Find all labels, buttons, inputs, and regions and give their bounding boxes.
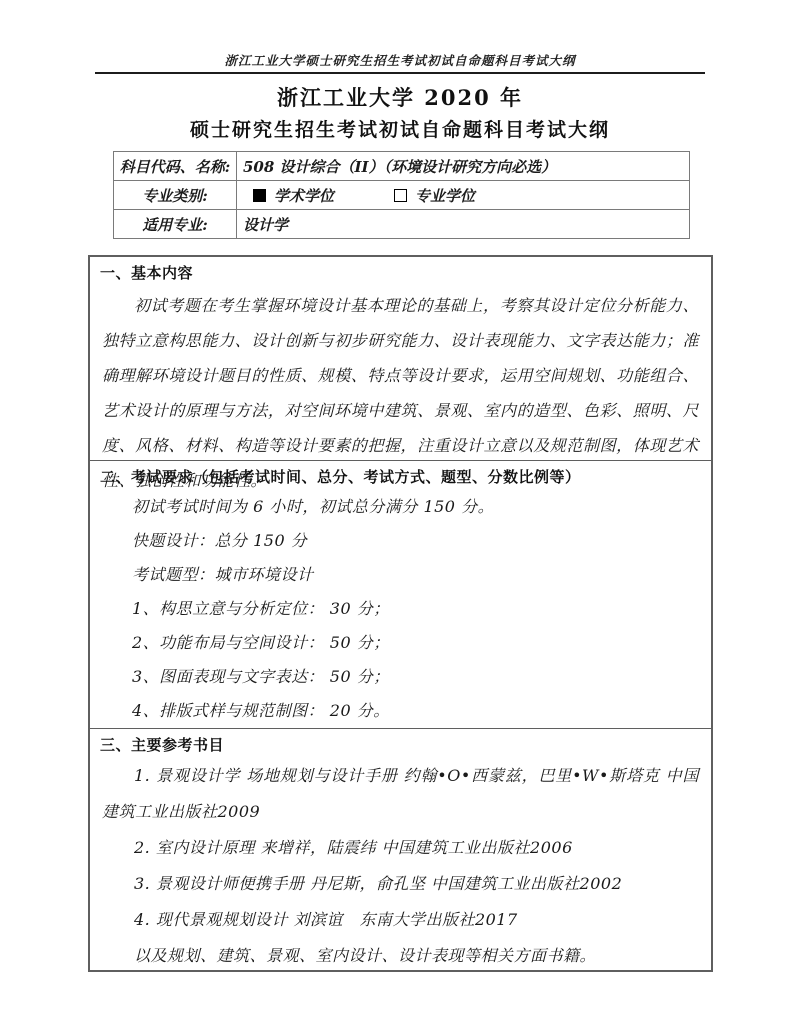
exam-requirement-line: 4、排版式样与规范制图： 20 分。 (100, 694, 701, 728)
section-heading-exam-requirements: 二、考试要求（包括考试时间、总分、考试方式、题型、分数比例等） (100, 466, 701, 490)
reference-item: 3. 景观设计师便携手册 丹尼斯，俞孔坚 中国建筑工业出版社2002 (102, 866, 699, 902)
exam-requirement-line: 2、功能布局与空间设计： 50 分； (100, 626, 701, 660)
subject-info-table: 科目代码、名称: 508 设计综合（II）（环境设计研究方向必选） 专业类别: … (113, 151, 690, 239)
academic-degree-label: 学术学位 (274, 185, 334, 206)
checkbox-checked-icon (253, 189, 266, 202)
checkbox-unchecked-icon (394, 189, 407, 202)
exam-requirement-line: 1、构思立意与分析定位： 30 分； (100, 592, 701, 626)
reference-note: 以及规划、建筑、景观、室内设计、设计表现等相关方面书籍。 (102, 938, 699, 974)
section-exam-requirements: 二、考试要求（包括考试时间、总分、考试方式、题型、分数比例等） 初试考试时间为 … (90, 460, 711, 728)
reference-item: 2. 室内设计原理 来增祥，陆震纬 中国建筑工业出版社2006 (102, 830, 699, 866)
reference-item: 4. 现代景观规划设计 刘滨谊 东南大学出版社2017 (102, 902, 699, 938)
exam-requirement-line: 考试题型：城市环境设计 (100, 558, 701, 592)
professional-degree-label: 专业学位 (415, 185, 475, 206)
running-header: 浙江工业大学硕士研究生招生考试初试自命题科目考试大纲 (0, 53, 800, 68)
applicable-major-label: 适用专业: (114, 210, 237, 239)
table-row-degree-category: 专业类别: 学术学位 专业学位 (114, 181, 690, 210)
degree-category-value: 学术学位 专业学位 (237, 181, 690, 210)
content-outline-box: 一、基本内容 初试考题在考生掌握环境设计基本理论的基础上，考察其设计定位分析能力… (88, 255, 713, 972)
section-basic-content: 一、基本内容 初试考题在考生掌握环境设计基本理论的基础上，考察其设计定位分析能力… (90, 257, 711, 460)
document-subtitle: 硕士研究生招生考试初试自命题科目考试大纲 (0, 118, 800, 142)
subject-code-value: 508 设计综合（II）（环境设计研究方向必选） (237, 152, 690, 181)
exam-requirement-line: 初试考试时间为 6 小时，初试总分满分 150 分。 (100, 490, 701, 524)
subject-code-label: 科目代码、名称: (114, 152, 237, 181)
header-rule (95, 72, 705, 74)
degree-options: 学术学位 专业学位 (243, 185, 683, 206)
table-row-subject-code: 科目代码、名称: 508 设计综合（II）（环境设计研究方向必选） (114, 152, 690, 181)
reference-item: 1. 景观设计学 场地规划与设计手册 约翰•O•西蒙兹，巴里•W•斯塔克 中国建… (102, 758, 699, 830)
exam-requirement-line: 3、图面表现与文字表达： 50 分； (100, 660, 701, 694)
section-reference-books: 三、主要参考书目 1. 景观设计学 场地规划与设计手册 约翰•O•西蒙兹，巴里•… (90, 728, 711, 970)
applicable-major-value: 设计学 (237, 210, 690, 239)
degree-category-label: 专业类别: (114, 181, 237, 210)
document-title: 浙江工业大学 2020 年 (0, 85, 800, 111)
exam-requirement-line: 快题设计：总分 150 分 (100, 524, 701, 558)
section-heading-basic-content: 一、基本内容 (100, 262, 701, 286)
table-row-applicable-major: 适用专业: 设计学 (114, 210, 690, 239)
section-heading-reference-books: 三、主要参考书目 (100, 734, 701, 758)
